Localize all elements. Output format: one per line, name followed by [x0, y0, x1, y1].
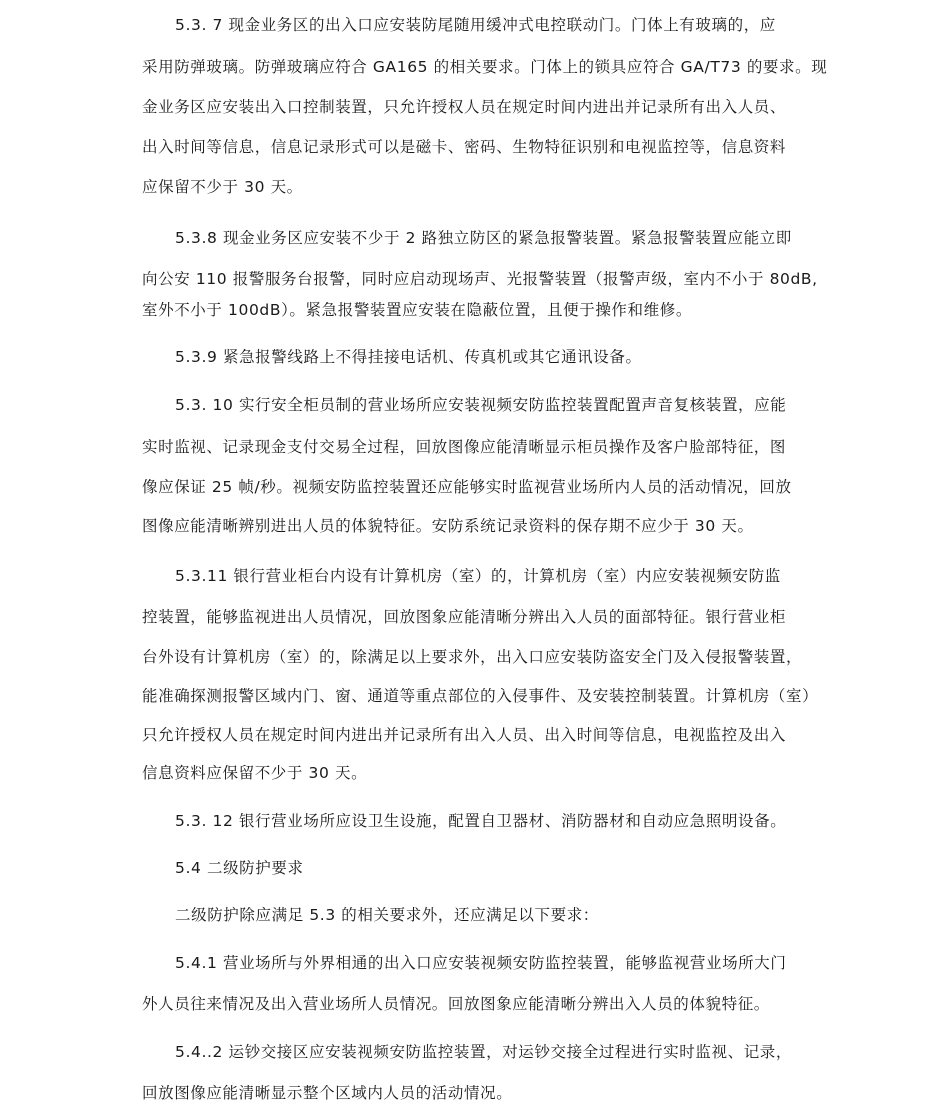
paragraph-5-3-10-line-1: 5.3. 10 实行安全柜员制的营业场所应安装视频安防监控装置配置声音复核装置，… — [175, 395, 786, 415]
paragraph-5-3-11-line-4: 能准确探测报警区域内门、窗、通道等重点部位的入侵事件、及安装控制装置。计算机房（… — [142, 686, 818, 706]
paragraph-5-4-2-line-2: 回放图像应能清晰显示整个区域内人员的活动情况。 — [142, 1083, 512, 1103]
paragraph-5-3-7-line-1: 5.3. 7 现金业务区的出入口应安装防尾随用缓冲式电控联动门。门体上有玻璃的，… — [175, 15, 776, 35]
paragraph-5-3-7-line-5: 应保留不少于 30 天。 — [142, 177, 303, 197]
paragraph-5-4-2-line-1: 5.4..2 运钞交接区应安装视频安防监控装置，对运钞交接全过程进行实时监视、记… — [175, 1042, 792, 1062]
paragraph-5-3-7-line-4: 出入时间等信息，信息记录形式可以是磁卡、密码、生物特征识别和电视监控等，信息资料 — [142, 137, 786, 157]
paragraph-5-3-11-line-1: 5.3.11 银行营业柜台内设有计算机房（室）的，计算机房（室）内应安装视频安防… — [175, 566, 781, 586]
paragraph-5-3-11-line-6: 信息资料应保留不少于 30 天。 — [142, 763, 367, 783]
paragraph-5-3-11-line-2: 控装置，能够监视进出人员情况，回放图象应能清晰分辨出入人员的面部特征。银行营业柜 — [142, 607, 786, 627]
paragraph-5-3-10-line-4: 图像应能清晰辨别进出人员的体貌特征。安防系统记录资料的保存期不应少于 30 天。 — [142, 516, 754, 536]
paragraph-5-3-7-line-3: 金业务区应安装出入口控制装置，只允许授权人员在规定时间内进出并记录所有出入人员、 — [142, 97, 786, 117]
paragraph-5-3-12-line-1: 5.3. 12 银行营业场所应设卫生设施，配置自卫器材、消防器材和自动应急照明设… — [175, 811, 786, 831]
paragraph-5-3-11-line-5: 只允许授权人员在规定时间内进出并记录所有出入人员、出入时间等信息，电视监控及出入 — [142, 725, 786, 745]
paragraph-5-3-10-line-3: 像应保证 25 帧/秒。视频安防监控装置还应能够实时监视营业场所内人员的活动情况… — [142, 477, 792, 497]
paragraph-5-4-1-line-1: 5.4.1 营业场所与外界相通的出入口应安装视频安防监控装置，能够监视营业场所大… — [175, 953, 786, 973]
paragraph-5-4-1-line-2: 外人员往来情况及出入营业场所人员情况。回放图象应能清晰分辨出入人员的体貌特征。 — [142, 994, 770, 1014]
paragraph-5-3-10-line-2: 实时监视、记录现金支付交易全过程，回放图像应能清晰显示柜员操作及客户脸部特征，图 — [142, 437, 786, 457]
paragraph-5-3-9-line-1: 5.3.9 紧急报警线路上不得挂接电话机、传真机或其它通讯设备。 — [175, 347, 642, 367]
section-5-4-intro: 二级防护除应满足 5.3 的相关要求外，还应满足以下要求： — [175, 905, 599, 925]
paragraph-5-3-11-line-3: 台外设有计算机房（室）的，除满足以上要求外，出入口应安装防盗安全门及入侵报警装置… — [142, 647, 802, 667]
paragraph-5-3-8-line-1: 5.3.8 现金业务区应安装不少于 2 路独立防区的紧急报警装置。紧急报警装置应… — [175, 228, 792, 248]
section-heading-5-4: 5.4 二级防护要求 — [175, 858, 304, 878]
paragraph-5-3-7-line-2: 采用防弹玻璃。防弹玻璃应符合 GA165 的相关要求。门体上的锁具应符合 GA/… — [142, 57, 827, 77]
paragraph-5-3-8-line-3: 室外不小于 100dB）。紧急报警装置应安装在隐蔽位置，且便于操作和维修。 — [142, 300, 692, 320]
paragraph-5-3-8-line-2: 向公安 110 报警服务台报警，同时应启动现场声、光报警装置（报警声级，室内不小… — [142, 269, 818, 289]
